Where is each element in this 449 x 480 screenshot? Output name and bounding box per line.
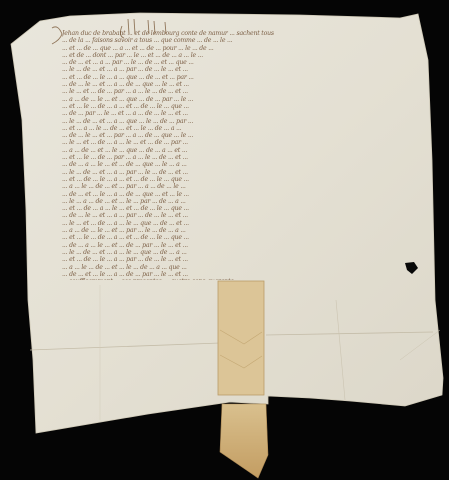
text-line: ... de ... a ... le ... et ... de ... qu… <box>62 161 417 168</box>
text-line: ... souffisamment ... ses presentes ... … <box>62 278 417 280</box>
text-line: ... le ... de ... et ... a ... le ... qu… <box>62 249 417 256</box>
text-line: ... de ... et ... le ... a ... de ... pa… <box>62 271 417 278</box>
text-line: ... et ... le ... de ... par ... a ... l… <box>62 154 417 161</box>
text-line: ... et ... de ... le ... a ... et ... de… <box>62 176 417 183</box>
text-line: ... a ... de ... et ... le ... que ... d… <box>62 147 417 154</box>
text-line: ... le ... de ... et ... a ... par ... d… <box>62 66 417 73</box>
text-line: ... et de ... dont ... par ... le ... et… <box>62 52 417 59</box>
charter-text: Jehan duc de brabant ... et de lembourg … <box>62 30 417 280</box>
text-line: ... le ... de ... et ... a ... que ... l… <box>62 118 417 125</box>
text-line: ... et ... le ... de ... a ... et ... de… <box>62 103 417 110</box>
text-line: ... de ... le ... et ... a ... par ... d… <box>62 212 417 219</box>
text-line: ... de ... a ... le ... et ... de ... pa… <box>62 242 417 249</box>
text-line: ... et ... le ... de ... a ... et ... de… <box>62 234 417 241</box>
text-line: ... a ... de ... le ... et ... par ... l… <box>62 227 417 234</box>
text-line: ... et ... de ... a ... le ... et ... de… <box>62 205 417 212</box>
text-line: ... a ... le ... de ... et ... le ... de… <box>62 264 417 271</box>
text-line: ... de la ... faisons savoir a tous ... … <box>62 37 417 44</box>
text-line: ... le ... et ... de ... a ... le ... qu… <box>62 220 417 227</box>
text-line: ... de ... le ... et ... par ... a ... d… <box>62 132 417 139</box>
text-line: ... a ... le ... de ... et ... par ... a… <box>62 183 417 190</box>
text-line: ... le ... de ... et ... a ... par ... l… <box>62 169 417 176</box>
text-line: ... et ... de ... que ... a ... et ... d… <box>62 45 417 52</box>
text-line: ... le ... et ... de ... par ... a ... l… <box>62 88 417 95</box>
text-line: ... de ... et ... a ... par ... le ... d… <box>62 59 417 66</box>
text-line: ... le ... a ... de ... et ... le ... pa… <box>62 198 417 205</box>
text-line: ... et ... de ... le ... a ... que ... d… <box>62 74 417 81</box>
text-line: Jehan duc de brabant ... et de lembourg … <box>62 30 417 37</box>
text-line: ... de ... et ... le ... a ... de ... qu… <box>62 191 417 198</box>
text-line: ... de ... le ... et ... a ... de ... qu… <box>62 81 417 88</box>
text-line: ... le ... et ... de ... a ... le ... et… <box>62 139 417 146</box>
text-line: ... et ... de ... le ... a ... par ... d… <box>62 256 417 263</box>
text-line: ... a ... de ... le ... et ... que ... d… <box>62 96 417 103</box>
text-line: ... et ... a ... le ... de ... et ... le… <box>62 125 417 132</box>
text-line: ... de ... par ... le ... et ... a ... d… <box>62 110 417 117</box>
